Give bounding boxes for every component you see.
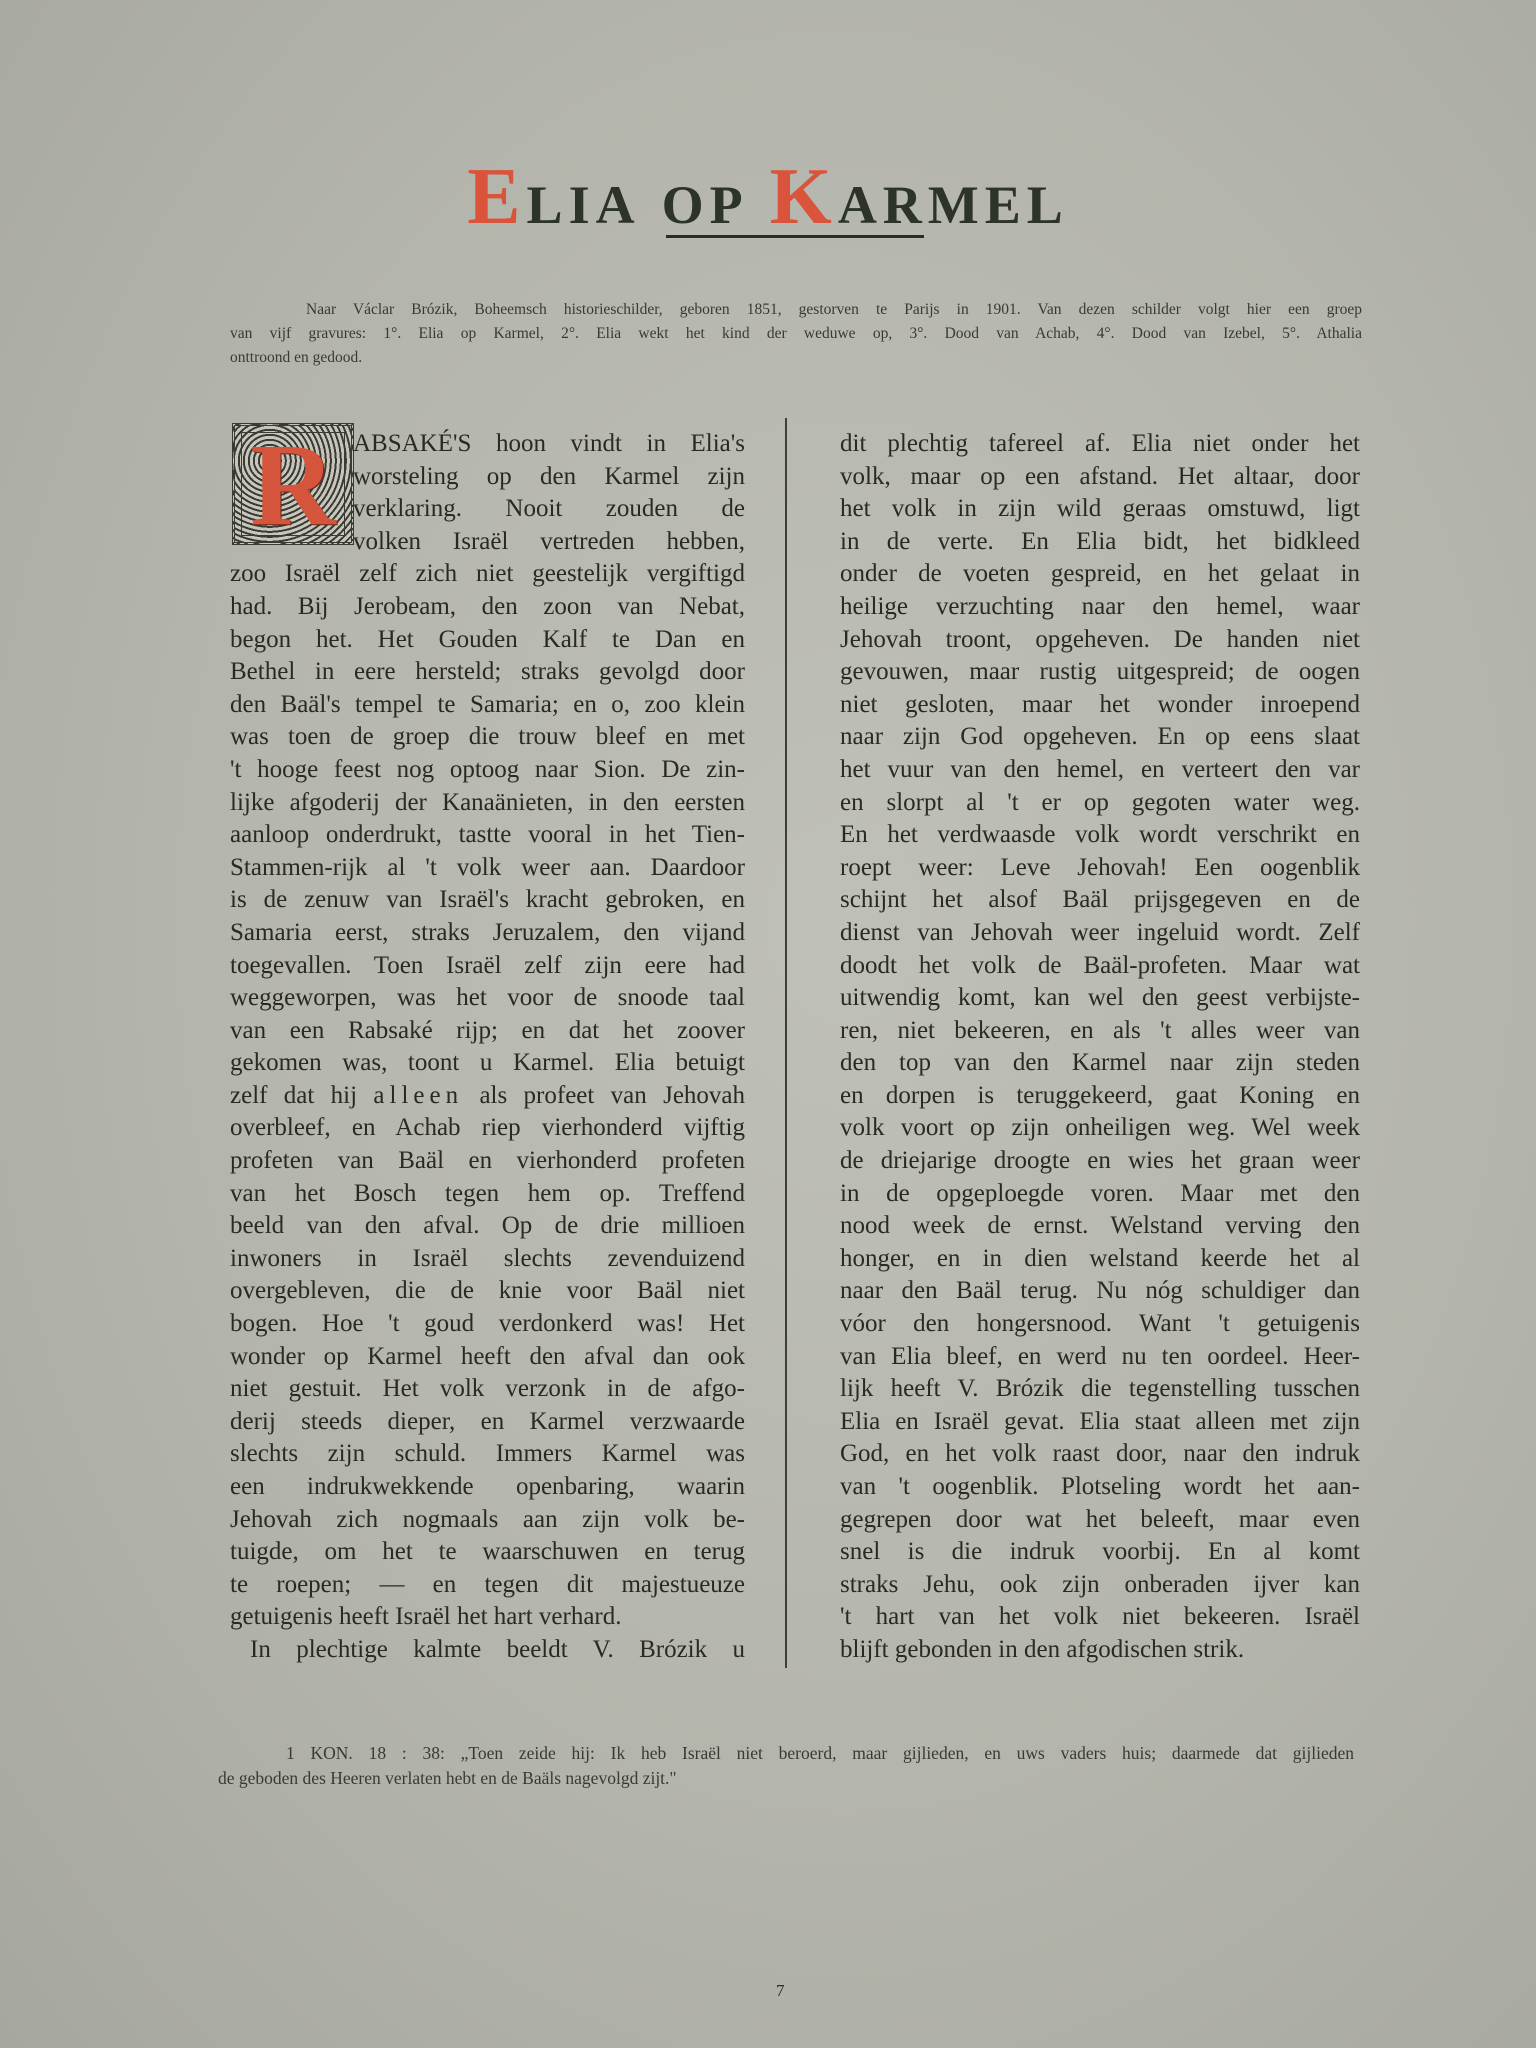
text-line: gekomen was, toont u Karmel. Elia betuig… bbox=[230, 1047, 745, 1080]
text-line: 't hooge feest nog optoog naar Sion. De … bbox=[230, 754, 745, 787]
text-line: verklaring. Nooit zouden de bbox=[230, 493, 745, 526]
text-line: dit plechtig tafereel af. Elia niet onde… bbox=[840, 428, 1360, 461]
text-line: slechts zijn schuld. Immers Karmel was bbox=[230, 1438, 745, 1471]
title-word-op: OP bbox=[662, 175, 749, 235]
page-title: ELIA OP KARMEL bbox=[0, 152, 1536, 243]
text-line: blijft gebonden in den afgodischen strik… bbox=[840, 1634, 1360, 1667]
text-line: van 't oogenblik. Plotseling wordt het a… bbox=[840, 1471, 1360, 1504]
text-line: weggeworpen, was het voor de snoode taal bbox=[230, 982, 745, 1015]
text-line: schijnt het alsof Baäl prijsgegeven en d… bbox=[840, 884, 1360, 917]
text-line: volk voort op zijn onheiligen weg. Wel w… bbox=[840, 1112, 1360, 1145]
text-line: snel is die indruk voorbij. En al komt bbox=[840, 1536, 1360, 1569]
text-line: niet gesloten, maar het wonder inroepend bbox=[840, 689, 1360, 722]
text-line: inwoners in Israël slechts zevenduizend bbox=[230, 1243, 745, 1276]
text-line: worsteling op den Karmel zijn bbox=[230, 461, 745, 494]
text-line: een indrukwekkende openbaring, waarin bbox=[230, 1471, 745, 1504]
text-line: roept weer: Leve Jehovah! Een oogenblik bbox=[840, 852, 1360, 885]
text-line: lijk heeft V. Brózik die tegenstelling t… bbox=[840, 1373, 1360, 1406]
text-line: Jehovah zich nogmaals aan zijn volk be- bbox=[230, 1504, 745, 1537]
title-word-karmel-rest: ARMEL bbox=[838, 175, 1069, 235]
text-line: overbleef, en Achab riep vierhonderd vij… bbox=[230, 1112, 745, 1145]
right-text-column: dit plechtig tafereel af. Elia niet onde… bbox=[840, 428, 1360, 1667]
text-line: En het verdwaasde volk wordt verschrikt … bbox=[840, 819, 1360, 852]
intro-note: Naar Václar Brózik, Boheemsch historiesc… bbox=[230, 298, 1362, 370]
text-line: was toen de groep die trouw bleef en met bbox=[230, 721, 745, 754]
text-line: wonder op Karmel heeft den afval dan ook bbox=[230, 1341, 745, 1374]
text-line: in de verte. En Elia bidt, het bidkleed bbox=[840, 526, 1360, 559]
left-text-column: ABSAKÉ'S hoon vindt in Elia's worsteling… bbox=[230, 428, 745, 1667]
text-line: doodt het volk de Baäl-profeten. Maar wa… bbox=[840, 950, 1360, 983]
text-line: 't hart van het volk niet bekeeren. Isra… bbox=[840, 1601, 1360, 1634]
text-line: van het Bosch tegen hem op. Treffend bbox=[230, 1178, 745, 1211]
emphasized-word: alleen bbox=[373, 1082, 463, 1109]
text-line: getuigenis heeft Israël het hart verhard… bbox=[230, 1601, 745, 1634]
text-line: straks Jehu, ook zijn onberaden ijver ka… bbox=[840, 1569, 1360, 1602]
text-line: uitwendig komt, kan wel den geest verbij… bbox=[840, 982, 1360, 1015]
title-initial-k: K bbox=[770, 153, 838, 241]
text-line: en slorpt al 't er op gegoten water weg. bbox=[840, 787, 1360, 820]
text-line: Elia en Israël gevat. Elia staat alleen … bbox=[840, 1406, 1360, 1439]
text-line: overgebleven, die de knie voor Baäl niet bbox=[230, 1275, 745, 1308]
text-line: ren, niet bekeeren, en als 't alles weer… bbox=[840, 1015, 1360, 1048]
text-line: had. Bij Jerobeam, den zoon van Nebat, bbox=[230, 591, 745, 624]
text-line: ABSAKÉ'S hoon vindt in Elia's bbox=[230, 428, 745, 461]
text-line: niet gestuit. Het volk verzonk in de afg… bbox=[230, 1373, 745, 1406]
text-line: derij steeds dieper, en Karmel verzwaard… bbox=[230, 1406, 745, 1439]
text-line: dienst van Jehovah weer ingeluid wordt. … bbox=[840, 917, 1360, 950]
text-line: Samaria eerst, straks Jeruzalem, den vij… bbox=[230, 917, 745, 950]
text-line: en dorpen is teruggekeerd, gaat Koning e… bbox=[840, 1080, 1360, 1113]
text-line: onder de voeten gespreid, en het gelaat … bbox=[840, 558, 1360, 591]
text-fragment: zelf dat hij bbox=[230, 1082, 357, 1109]
text-line: volken Israël vertreden hebben, bbox=[230, 526, 745, 559]
text-line: In plechtige kalmte beeldt V. Brózik u bbox=[230, 1634, 745, 1667]
text-line: is de zenuw van Israël's kracht gebroken… bbox=[230, 884, 745, 917]
footnote-line: de geboden des Heeren verlaten hebt en d… bbox=[218, 1766, 1354, 1791]
text-line: zoo Israël zelf zich niet geestelijk ver… bbox=[230, 558, 745, 591]
text-line: heilige verzuchting naar den hemel, waar bbox=[840, 591, 1360, 624]
text-line: nood week de ernst. Welstand verving den bbox=[840, 1210, 1360, 1243]
text-line: Bethel in eere hersteld; straks gevolgd … bbox=[230, 656, 745, 689]
text-line: tuigde, om het te waarschuwen en terug bbox=[230, 1536, 745, 1569]
intro-line: Naar Václar Brózik, Boheemsch historiesc… bbox=[230, 298, 1362, 322]
text-line: bogen. Hoe 't goud verdonkerd was! Het bbox=[230, 1308, 745, 1341]
title-word-elia-rest: LIA bbox=[527, 175, 641, 235]
text-line: God, en het volk raast door, naar den in… bbox=[840, 1438, 1360, 1471]
text-line: Stammen-rijk al 't volk weer aan. Daardo… bbox=[230, 852, 745, 885]
text-line: het volk in zijn wild geraas omstuwd, li… bbox=[840, 493, 1360, 526]
text-line: zelf dat hij alleen als profeet van Jeho… bbox=[230, 1080, 745, 1113]
text-line: beeld van den afval. Op de drie millioen bbox=[230, 1210, 745, 1243]
footnote-line: 1 KON. 18 : 38: „Toen zeide hij: Ik heb … bbox=[218, 1741, 1354, 1766]
text-line: te roepen; — en tegen dit majestueuze bbox=[230, 1569, 745, 1602]
text-line: gegrepen door wat het beleeft, maar even bbox=[840, 1504, 1360, 1537]
text-line: de driejarige droogte en wies het graan … bbox=[840, 1145, 1360, 1178]
text-line: naar zijn God opgeheven. En op eens slaa… bbox=[840, 721, 1360, 754]
text-line: honger, en in dien welstand keerde het a… bbox=[840, 1243, 1360, 1276]
text-line: in de opgeploegde voren. Maar met den bbox=[840, 1178, 1360, 1211]
text-line: profeten van Baäl en vierhonderd profete… bbox=[230, 1145, 745, 1178]
text-line: van een Rabsaké rijp; en dat het zoover bbox=[230, 1015, 745, 1048]
title-initial-e: E bbox=[467, 153, 526, 241]
text-line: begon het. Het Gouden Kalf te Dan en bbox=[230, 624, 745, 657]
page-number: 7 bbox=[776, 1981, 785, 2001]
intro-line: onttroond en gedood. bbox=[230, 346, 1362, 370]
text-line: van Elia bleef, en werd nu ten oordeel. … bbox=[840, 1341, 1360, 1374]
text-line: aanloop onderdrukt, tastte vooral in het… bbox=[230, 819, 745, 852]
text-line: toegevallen. Toen Israël zelf zijn eere … bbox=[230, 950, 745, 983]
footnote: 1 KON. 18 : 38: „Toen zeide hij: Ik heb … bbox=[218, 1741, 1354, 1791]
column-divider bbox=[785, 418, 787, 1668]
title-underline-rule bbox=[666, 235, 924, 238]
text-fragment: als profeet van Jehovah bbox=[479, 1082, 745, 1109]
text-line: het vuur van den hemel, en verteert den … bbox=[840, 754, 1360, 787]
text-line: gevouwen, maar rustig uitgespreid; de oo… bbox=[840, 656, 1360, 689]
text-line: den Baäl's tempel te Samaria; en o, zoo … bbox=[230, 689, 745, 722]
text-line: volk, maar op een afstand. Het altaar, d… bbox=[840, 461, 1360, 494]
text-line: den top van den Karmel naar zijn steden bbox=[840, 1047, 1360, 1080]
text-line: lijke afgoderij der Kanaänieten, in den … bbox=[230, 787, 745, 820]
text-line: vóor den hongersnood. Want 't getuigenis bbox=[840, 1308, 1360, 1341]
intro-line: van vijf gravures: 1°. Elia op Karmel, 2… bbox=[230, 322, 1362, 346]
text-line: Jehovah troont, opgeheven. De handen nie… bbox=[840, 624, 1360, 657]
text-line: naar den Baäl terug. Nu nóg schuldiger d… bbox=[840, 1275, 1360, 1308]
